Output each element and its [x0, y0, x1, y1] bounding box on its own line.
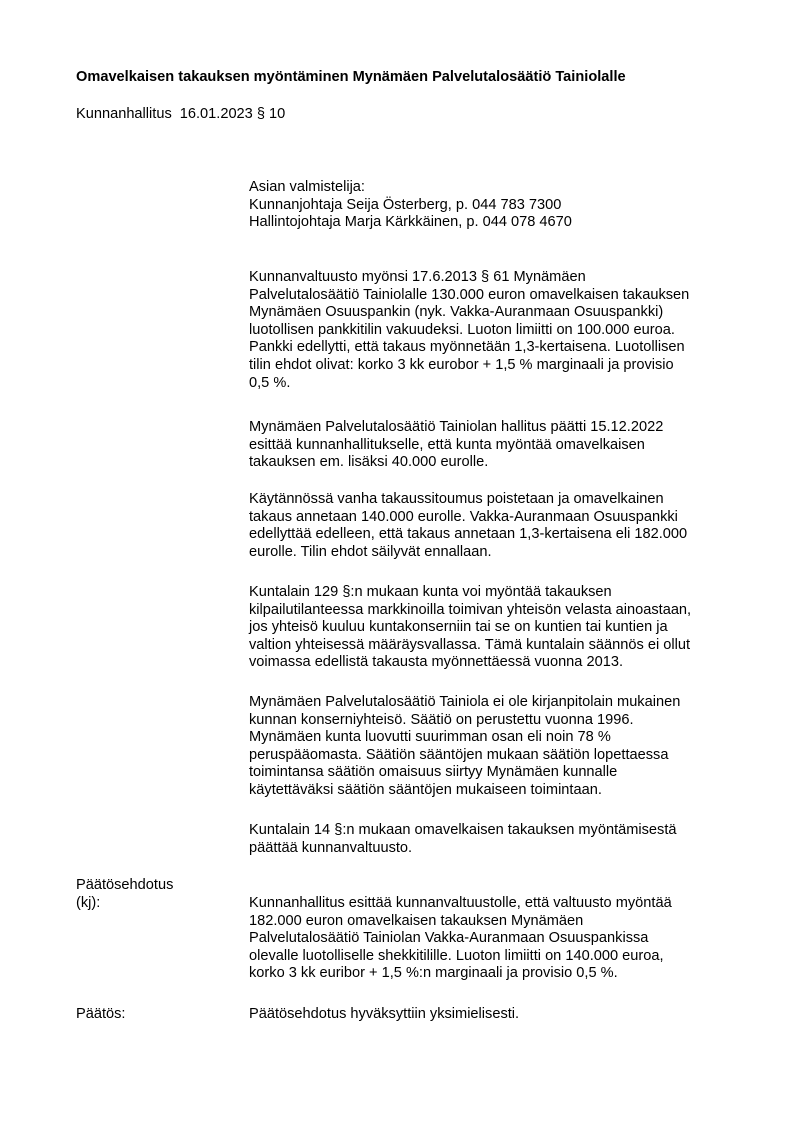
paragraph-line: Pankki edellytti, että takaus myönnetään… [249, 339, 749, 357]
paragraph-line: Käytännössä vanha takaussitoumus poistet… [249, 491, 749, 509]
paragraph-6: Kuntalain 14 §:n mukaan omavelkaisen tak… [249, 822, 749, 857]
proposal-line: Kunnanhallitus esittää kunnanvaltuustoll… [249, 895, 749, 913]
proposal-line: olevalle luotolliselle shekkitilille. Lu… [249, 948, 749, 966]
paragraph-line: Mynämäen Osuuspankin (nyk. Vakka-Auranma… [249, 304, 749, 322]
paragraph-line: tilin ehdot olivat: korko 3 kk eurobor +… [249, 357, 749, 375]
paragraph-line: Kunnanvaltuusto myönsi 17.6.2013 § 61 My… [249, 269, 749, 287]
decision-line: Päätösehdotus hyväksyttiin yksimielisest… [249, 1006, 749, 1024]
proposal-label-line: Päätösehdotus [76, 877, 173, 895]
preparer-line: Hallintojohtaja Marja Kärkkäinen, p. 044… [249, 214, 749, 232]
paragraph-line: takaus annetaan 140.000 eurolle. Vakka-A… [249, 509, 749, 527]
paragraph-line: Kuntalain 14 §:n mukaan omavelkaisen tak… [249, 822, 749, 840]
paragraph-line: Palvelutalosäätiö Tainiolalle 130.000 eu… [249, 287, 749, 305]
meeting-line: Kunnanhallitus16.01.2023 § 10 [76, 106, 285, 124]
paragraph-line: kilpailutilanteessa markkinoilla toimiva… [249, 602, 749, 620]
paragraph-line: Kuntalain 129 §:n mukaan kunta voi myönt… [249, 584, 749, 602]
paragraph-5: Mynämäen Palvelutalosäätiö Tainiola ei o… [249, 694, 749, 800]
paragraph-line: kunnan konserniyhteisö. Säätiö on perust… [249, 712, 749, 730]
paragraph-line: 0,5 %. [249, 375, 749, 393]
paragraph-line: päättää kunnanvaltuusto. [249, 840, 749, 858]
paragraph-line: Mynämäen Palvelutalosäätiö Tainiolan hal… [249, 419, 749, 437]
document-title: Omavelkaisen takauksen myöntäminen Mynäm… [76, 69, 626, 87]
preparers-heading: Asian valmistelija: [249, 179, 749, 197]
decision-text: Päätösehdotus hyväksyttiin yksimielisest… [249, 1006, 749, 1024]
proposal-label: Päätösehdotus (kj): [76, 877, 173, 912]
paragraph-3: Käytännössä vanha takaussitoumus poistet… [249, 491, 749, 561]
preparer-line: Kunnanjohtaja Seija Österberg, p. 044 78… [249, 197, 749, 215]
proposal-text: Kunnanhallitus esittää kunnanvaltuustoll… [249, 895, 749, 983]
meeting-date-section: 16.01.2023 § 10 [180, 106, 286, 122]
document-page: Omavelkaisen takauksen myöntäminen Mynäm… [0, 0, 794, 1122]
decision-label: Päätös: [76, 1006, 126, 1024]
paragraph-line: jos yhteisö kuuluu kuntakonserniin tai s… [249, 619, 749, 637]
paragraph-line: edellyttää edelleen, että takaus annetaa… [249, 526, 749, 544]
paragraph-line: luotollisen pankkitilin vakuudeksi. Luot… [249, 322, 749, 340]
paragraph-line: eurolle. Tilin ehdot säilyvät ennallaan. [249, 544, 749, 562]
paragraph-line: Mynämäen kunta luovutti suurimman osan e… [249, 729, 749, 747]
paragraph-4: Kuntalain 129 §:n mukaan kunta voi myönt… [249, 584, 749, 672]
paragraph-line: valtion yhteisessä määräysvallassa. Tämä… [249, 637, 749, 655]
proposal-label-line: (kj): [76, 895, 173, 913]
proposal-line: 182.000 euron omavelkaisen takauksen Myn… [249, 913, 749, 931]
paragraph-line: esittää kunnanhallitukselle, että kunta … [249, 437, 749, 455]
paragraph-line: käytettäväksi säätiön sääntöjen mukaisee… [249, 782, 749, 800]
paragraph-line: Mynämäen Palvelutalosäätiö Tainiola ei o… [249, 694, 749, 712]
proposal-line: korko 3 kk euribor + 1,5 %:n marginaali … [249, 965, 749, 983]
paragraph-line: voimassa edellistä takausta myönnettäess… [249, 654, 749, 672]
paragraph-line: takauksen em. lisäksi 40.000 eurolle. [249, 454, 749, 472]
paragraph-line: peruspääomasta. Säätiön sääntöjen mukaan… [249, 747, 749, 765]
proposal-line: Palvelutalosäätiö Tainiolan Vakka-Auranm… [249, 930, 749, 948]
meeting-body: Kunnanhallitus [76, 106, 172, 122]
paragraph-2: Mynämäen Palvelutalosäätiö Tainiolan hal… [249, 419, 749, 472]
paragraph-1: Kunnanvaltuusto myönsi 17.6.2013 § 61 My… [249, 269, 749, 392]
preparers-block: Asian valmistelija: Kunnanjohtaja Seija … [249, 179, 749, 232]
paragraph-line: toimintansa säätiön omaisuus siirtyy Myn… [249, 764, 749, 782]
